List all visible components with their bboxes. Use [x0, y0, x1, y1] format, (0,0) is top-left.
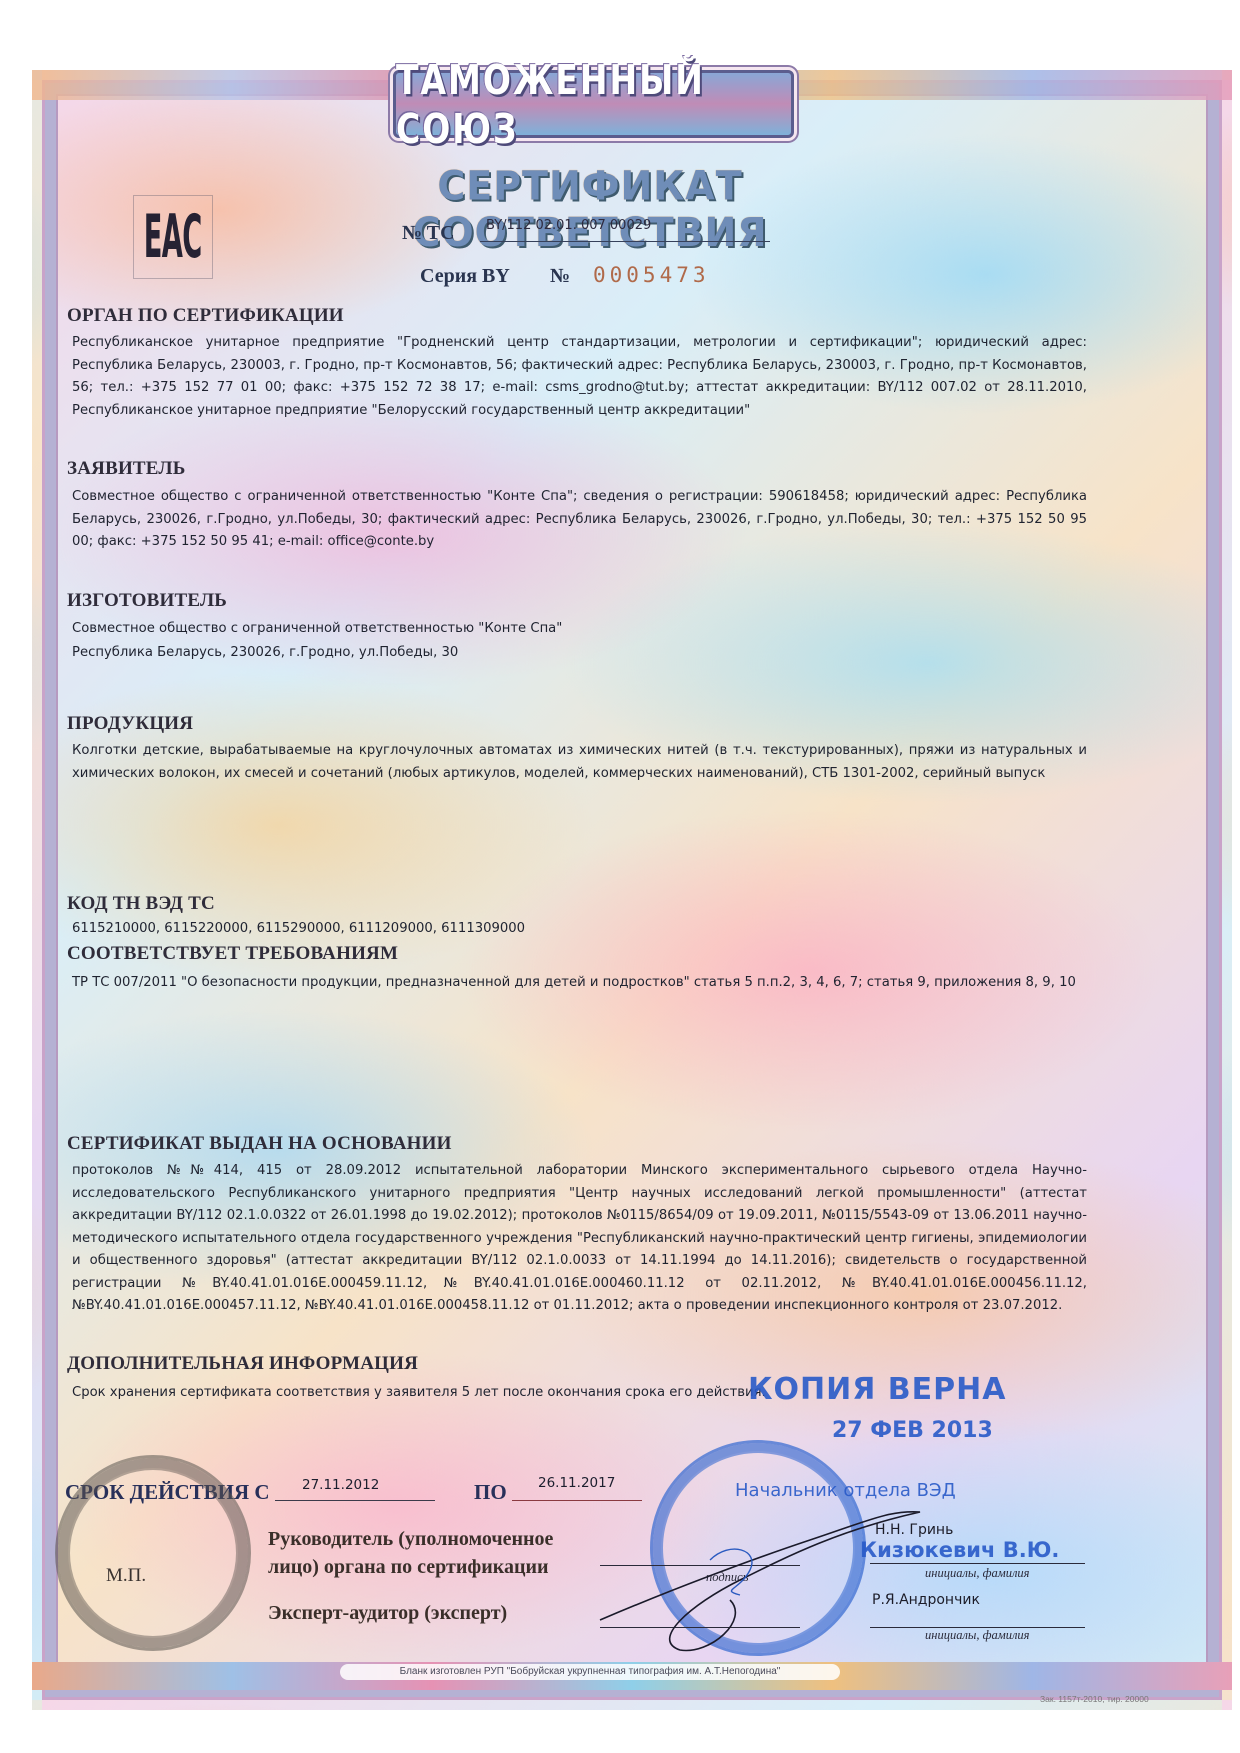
requirements-text: ТР ТС 007/2011 "О безопасности продукции…: [72, 972, 1087, 995]
tc-label: № TC: [402, 222, 455, 245]
validity-to-label: ПО: [474, 1480, 507, 1505]
customs-union-title: ТАМОЖЕННЫЙ СОЮЗ: [396, 55, 791, 153]
certification-body-seal-icon: [55, 1455, 251, 1651]
expert-label: Эксперт-аудитор (эксперт): [268, 1602, 507, 1625]
copy-stamp-position: Начальник отдела ВЭД: [735, 1480, 956, 1501]
customs-union-banner: ТАМОЖЕННЫЙ СОЮЗ: [393, 70, 794, 138]
series-number: 0005473: [593, 263, 710, 287]
validity-from-underline: [275, 1500, 435, 1501]
manufacturer-heading: ИЗГОТОВИТЕЛЬ: [67, 590, 227, 612]
basis-heading: СЕРТИФИКАТ ВЫДАН НА ОСНОВАНИИ: [67, 1133, 452, 1155]
head-label-line-1: Руководитель (уполномоченное: [268, 1528, 553, 1551]
tnved-heading: КОД ТН ВЭД ТС: [67, 893, 215, 915]
tc-number: BY/112 02.01. 007 00029: [486, 218, 651, 233]
eac-logo-icon: EAC: [133, 195, 213, 279]
tnved-codes: 6115210000, 6115220000, 6115290000, 6111…: [72, 918, 1087, 941]
validity-from-date: 27.11.2012: [302, 1477, 379, 1493]
manufacturer-line-1: Совместное общество с ограниченной ответ…: [72, 618, 1087, 641]
product-text: Колготки детские, вырабатываемые на круг…: [72, 740, 1087, 785]
series-label: Серия BY: [420, 265, 510, 288]
head-label-line-2: лицо) органа по сертификации: [268, 1556, 549, 1579]
printer-note: Бланк изготовлен РУП "Бобруйская укрупне…: [340, 1664, 840, 1680]
tc-underline: [480, 241, 770, 242]
requirements-heading: СООТВЕТСТВУЕТ ТРЕБОВАНИЯМ: [67, 943, 398, 965]
copy-verified-stamp: КОПИЯ ВЕРНА: [748, 1372, 1006, 1407]
basis-text: протоколов №№414, 415 от 28.09.2012 испы…: [72, 1160, 1087, 1318]
stamp-place-label: М.П.: [106, 1565, 146, 1587]
product-heading: ПРОДУКЦИЯ: [67, 713, 193, 735]
certification-body-heading: ОРГАН ПО СЕРТИФИКАЦИИ: [67, 305, 344, 327]
print-order-note: Зак. 1157т-2010, тир. 20000: [1040, 1694, 1149, 1704]
eac-logo-text: EAC: [144, 203, 202, 272]
manufacturer-line-2: Республика Беларусь, 230026, г.Гродно, у…: [72, 642, 1087, 665]
handwritten-signature-icon: [590, 1500, 970, 1660]
applicant-heading: ЗАЯВИТЕЛЬ: [67, 458, 186, 480]
certification-body-text: Республиканское унитарное предприятие "Г…: [72, 332, 1087, 422]
number-label: №: [550, 265, 570, 288]
copy-stamp-date: 27 ФЕВ 2013: [832, 1418, 993, 1443]
validity-to-date: 26.11.2017: [538, 1475, 615, 1491]
applicant-text: Совместное общество с ограниченной ответ…: [72, 486, 1087, 554]
additional-heading: ДОПОЛНИТЕЛЬНАЯ ИНФОРМАЦИЯ: [67, 1353, 418, 1375]
